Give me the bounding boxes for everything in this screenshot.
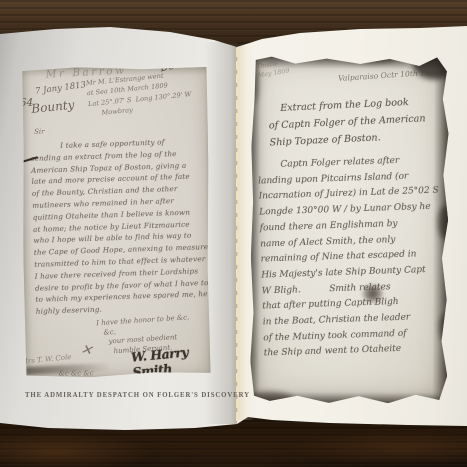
extract-heading: Extract from the Log bookof Captn Folger… — [268, 93, 427, 151]
docket-title: Bounty — [31, 98, 75, 116]
address-block: Mr M. L'Estrange wentat Sea 10th March 1… — [85, 68, 192, 120]
photo-of-open-book: Mr Barrow Do 1107 7 Jany 1813 64 Bounty … — [0, 0, 467, 467]
letter-body: I take a safe opportunity ofsending an e… — [30, 135, 210, 318]
right-document-photo: ThistleMay 1809 Valparaiso Octr 10th 180… — [250, 56, 449, 403]
footer-etcetera: &c &c &c — [59, 369, 94, 377]
extract-body: Captn Folger relates afterlanding upon P… — [257, 153, 444, 363]
corner-notes: ThistleMay 1809 — [256, 58, 290, 81]
dispatch-date: 7 Jany 1813 — [35, 80, 87, 97]
salutation: Sir — [34, 128, 44, 136]
dateline: Valparaiso Octr 10th 1808 — [338, 67, 440, 83]
left-document-photo: Mr Barrow Do 1107 7 Jany 1813 64 Bounty … — [21, 66, 210, 378]
footer-name: Mrs T. W. Cole — [20, 353, 71, 366]
ink-smudge — [363, 285, 383, 302]
plate-caption: THE ADMIRALTY DESPATCH ON FOLGER'S DISCO… — [25, 392, 250, 399]
pen-flourish-mark: ✕ — [79, 341, 94, 359]
binding-stitch-thread — [236, 48, 238, 422]
